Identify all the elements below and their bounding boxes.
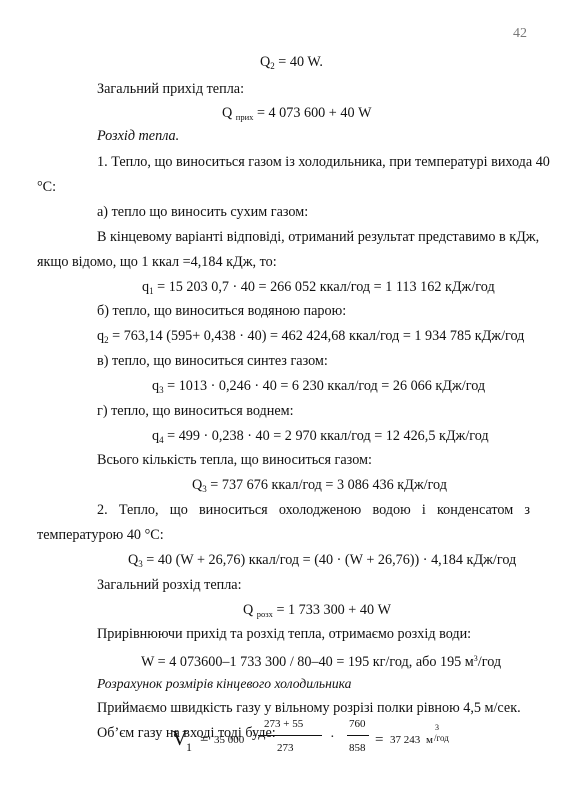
eq-body: = 737 676 ккал/год = 3 086 436 кДж/год [207,477,447,493]
formula-unit: м [426,734,433,746]
equation-Q3-total: Q3 = 737 676 ккал/год = 3 086 436 кДж/го… [192,476,447,498]
fraction1-bar [258,735,322,736]
formula-unit-superscript: 3 [435,723,439,732]
item-b: б) тепло, що виноситься водяною парою: [97,302,346,320]
item-g: г) тепло, що виноситься воднем: [97,402,294,420]
item2-line1: 2. Тепло, що виноситься охолодженою водо… [97,501,530,519]
fraction1-denominator: 273 [277,742,294,754]
eq-body: = 4 073 600 + 40 W [253,105,371,121]
eq-body: = 499 · 0,238 · 40 = 2 970 ккал/год = 12… [164,428,489,444]
heat-expense-heading: Розхід тепла. [97,127,179,145]
formula-dot: · [252,730,256,742]
note-line2: якщо відомо, що 1 ккал =4,184 кДж, то: [37,253,277,271]
note-line1: В кінцевому варіанті відповіді, отримани… [97,228,530,246]
formula-subscript: 1 [186,740,192,755]
formula-symbol: V [172,726,187,751]
eq-body: = 40 (W + 26,76) ккал/год = (40 · (W + 2… [143,552,516,568]
equation-q1: q1 = 15 203 0,7 · 40 = 266 052 ккал/год … [142,278,495,300]
item2-line2: температурою 40 °С: [37,526,164,544]
equation-q3: q3 = 1013 · 0,246 · 40 = 6 230 ккал/год … [152,377,485,399]
equating-text: Прирівнюючи прихід та розхід тепла, отри… [97,625,471,643]
fraction1-numerator: 273 + 55 [264,718,303,730]
total-gas-label: Всього кількість тепла, що виноситься га… [97,451,372,469]
item1-line2: °С: [37,178,56,196]
item-a: а) тепло що виносить сухим газом: [97,203,308,221]
eq-body: = 763,14 (595+ 0,438 · 40) = 462 424,68 … [109,328,525,344]
item1-line1: 1. Тепло, що виноситься газом із холодил… [97,153,550,171]
eq-subscript: прих [236,112,254,122]
eq-unit: /год [478,654,501,670]
equation-W: W = 4 073600–1 733 300 / 80–40 = 195 кг/… [141,650,501,671]
equation-q2: Q2 = 40 W. [260,53,323,75]
eq-symbol: Q [222,105,236,121]
eq-body: = 15 203 0,7 · 40 = 266 052 ккал/год = 1… [154,279,495,295]
eq-symbol: Q [243,602,257,618]
equation-q2-water: q2 = 763,14 (595+ 0,438 · 40) = 462 424,… [97,327,524,349]
eq-body: = 40 W. [275,54,323,70]
item-v: в) тепло, що виноситься синтез газом: [97,352,328,370]
total-income-label: Загальний прихід тепла: [97,80,244,98]
cooler-heading: Розрахунок розмірів кінцевого холодильни… [97,675,351,693]
eq-symbol: Q [260,54,270,70]
eq-body: = 1013 · 0,246 · 40 = 6 230 ккал/год = 2… [164,378,486,394]
fraction2-bar [347,735,369,736]
equation-q-prykh: Q прих = 4 073 600 + 40 W [222,104,371,126]
formula-v1: V 1 = 35 000 · 273 + 55 273 · 760 858 = … [172,710,472,754]
fraction2-numerator: 760 [349,718,366,730]
equation-q4: q4 = 499 · 0,238 · 40 = 2 970 ккал/год =… [152,427,489,449]
eq-body: = 1 733 300 + 40 W [273,602,391,618]
formula-unit-rest: /год [434,733,449,743]
formula-result: 37 243 [390,734,420,746]
eq-symbol: Q [192,477,202,493]
eq-symbol: Q [128,552,138,568]
equation-q-rozkh: Q розх = 1 733 300 + 40 W [243,601,391,623]
formula-dot: · [330,730,335,746]
page-number: 42 [513,26,527,42]
eq-subscript: розх [257,609,273,619]
formula-coefficient: 35 000 [214,734,244,746]
formula-equals: = [200,732,208,749]
formula-equals: = [375,732,383,749]
eq-body: W = 4 073600–1 733 300 / 80–40 = 195 кг/… [141,654,474,670]
fraction2-denominator: 858 [349,742,366,754]
total-expense-label: Загальний розхід тепла: [97,576,242,594]
equation-Q3-water: Q3 = 40 (W + 26,76) ккал/год = (40 · (W … [128,551,516,573]
